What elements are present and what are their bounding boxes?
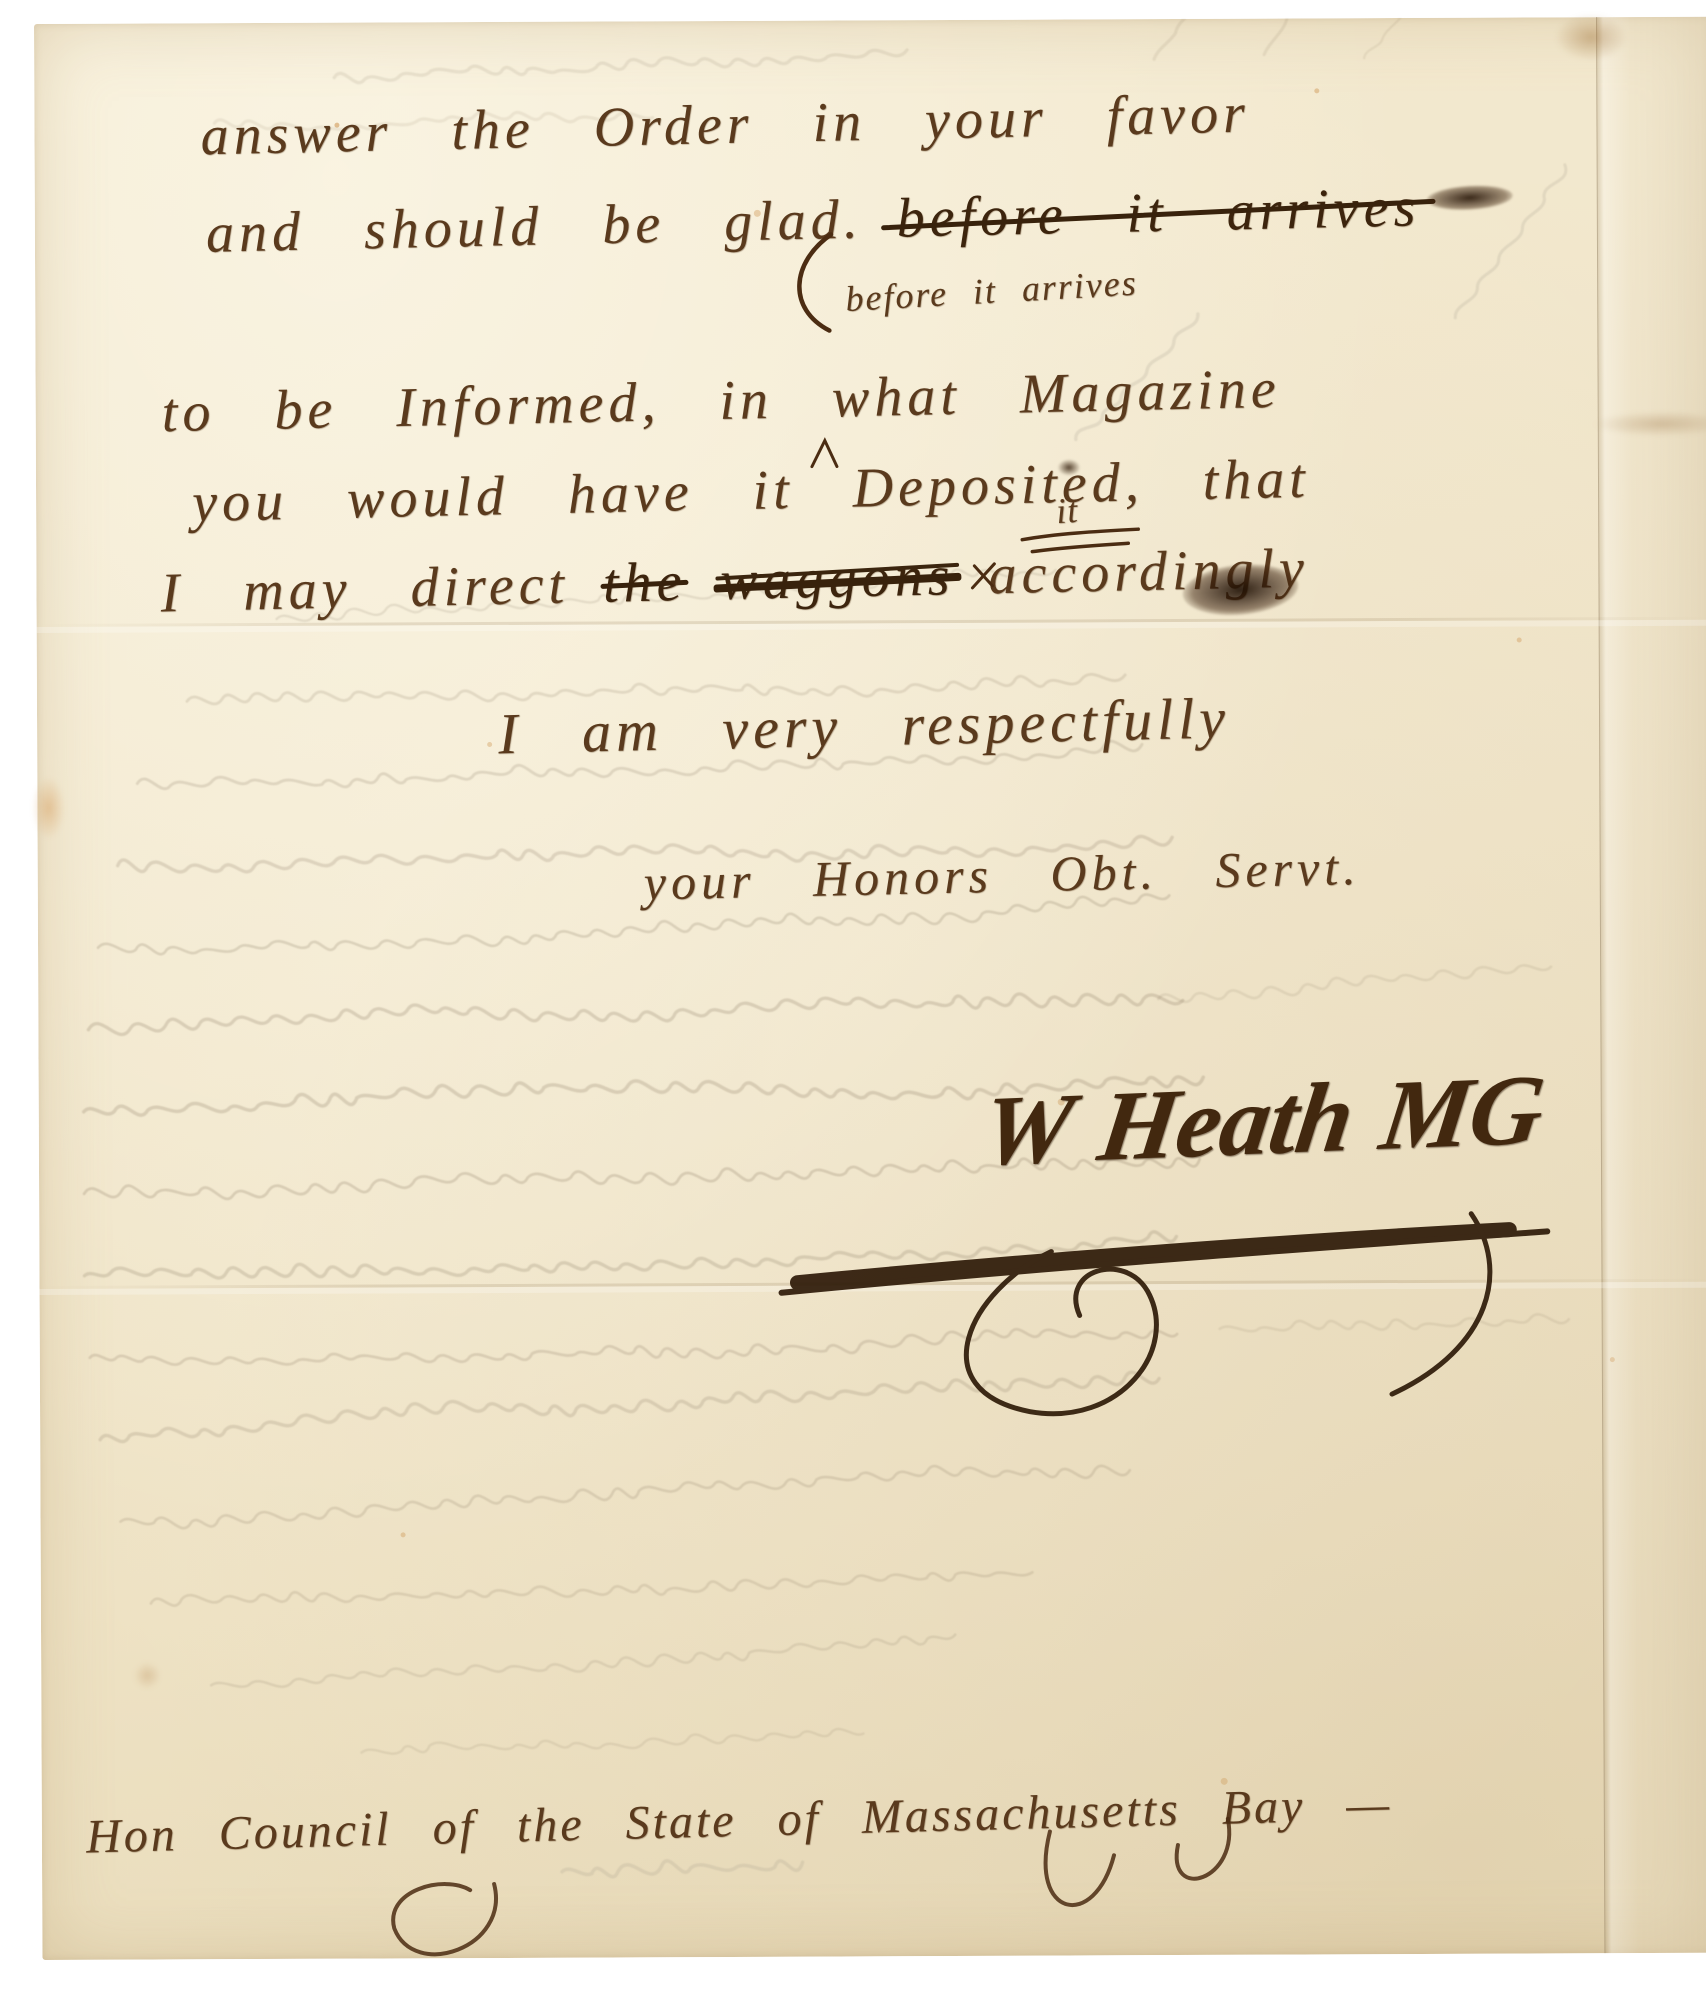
insertion-caret: [812, 441, 837, 467]
manuscript-photo: answer the Order in your favor and shoul…: [0, 0, 1706, 2000]
pen-strokes-layer: [34, 17, 1706, 1960]
descender-flourishes: [393, 1819, 1230, 1955]
insertion-caret: [972, 564, 994, 588]
manuscript-page: answer the Order in your favor and shoul…: [34, 17, 1706, 1960]
insert-underline: [1022, 529, 1138, 552]
signature-flourish: [781, 1213, 1548, 1414]
insertion-brace-mark: [799, 235, 831, 331]
